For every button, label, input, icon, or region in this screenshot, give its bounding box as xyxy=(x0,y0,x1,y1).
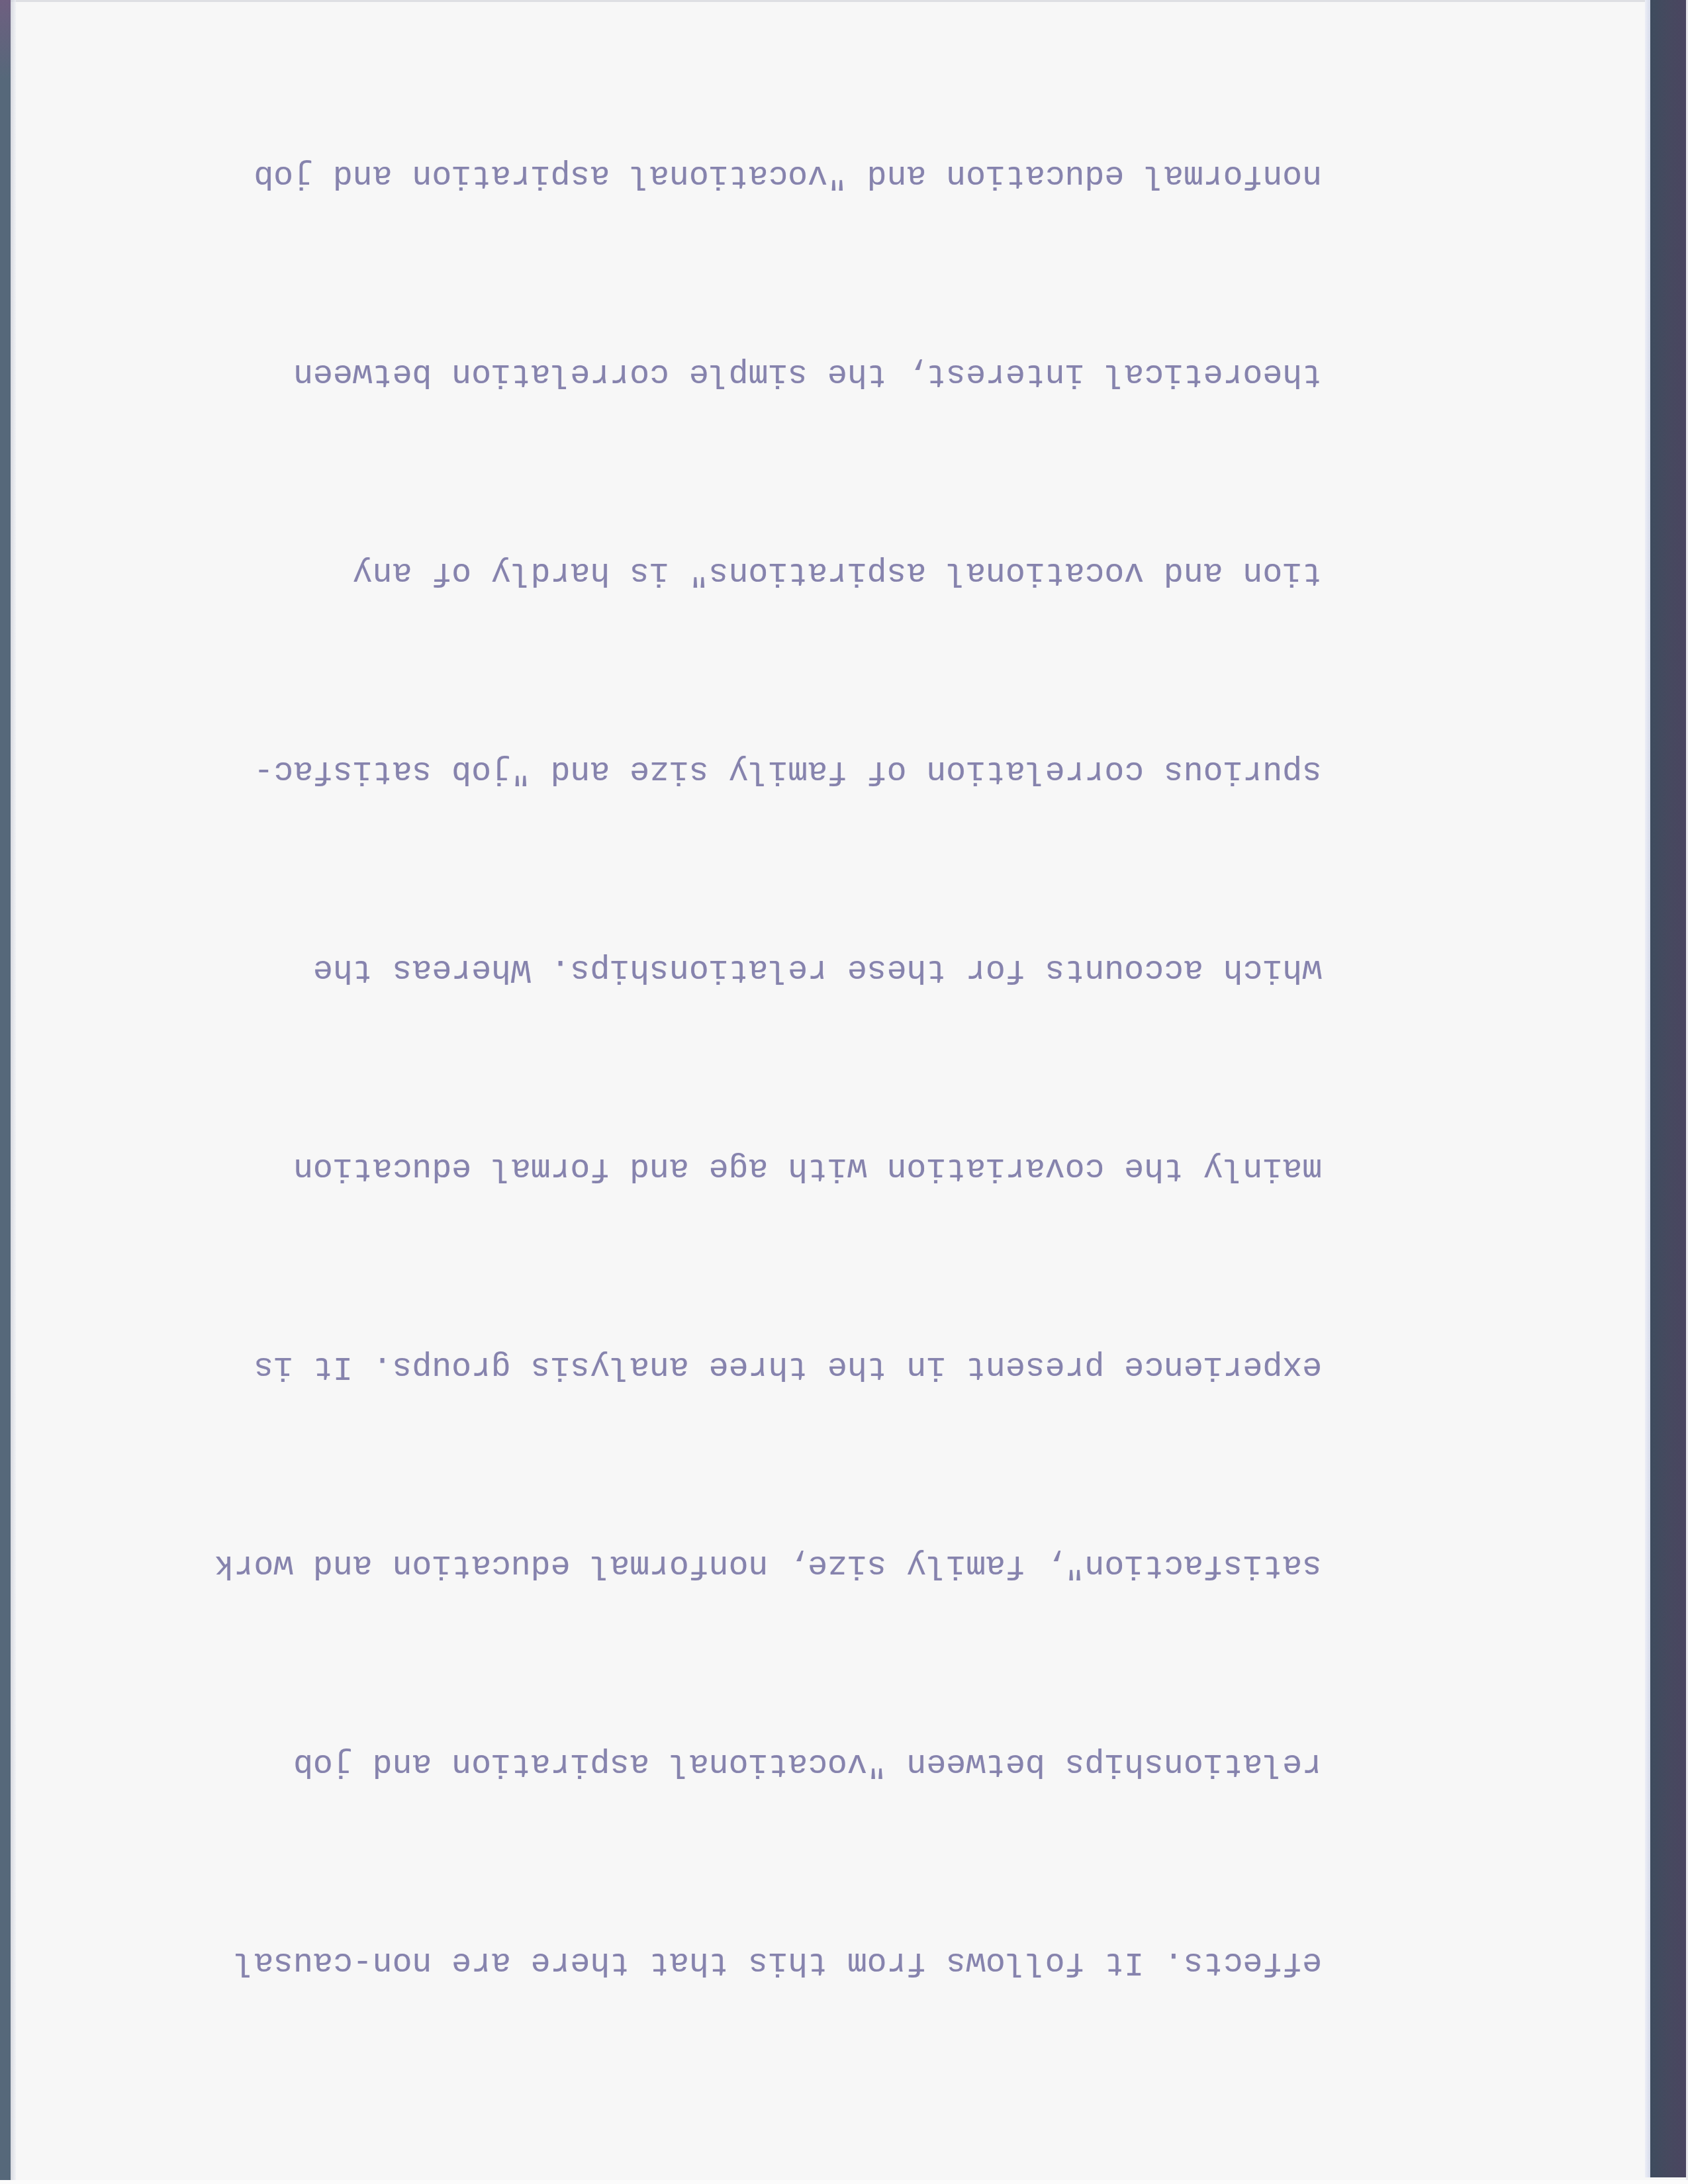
scanner-border-right-shadow xyxy=(1645,0,1650,2177)
body-text: effects. It follows from this that there… xyxy=(197,0,1322,2128)
text-line: spurious correlation of family size and … xyxy=(197,738,1322,804)
text-line: experience present in the three analysis… xyxy=(197,1334,1322,1400)
scanned-page: effects. It follows from this that there… xyxy=(0,0,1688,2184)
scanner-border-right xyxy=(1650,0,1686,2177)
text-line: satisfaction", family size, nonformal ed… xyxy=(197,1532,1322,1598)
text-line: which accounts for these relationships. … xyxy=(197,936,1322,1003)
text-line: nonformal education and "vocational aspi… xyxy=(197,142,1322,208)
text-line: mainly the covariation with age and form… xyxy=(197,1135,1322,1201)
text-line: relationships between "vocational aspira… xyxy=(197,1731,1322,1797)
text-line: theoretical interest, the simple correla… xyxy=(197,341,1322,407)
text-line: tion and vocational aspirations" is hard… xyxy=(197,539,1322,606)
text-line: satisfaction", which ranges from +0.18 t… xyxy=(197,0,1322,10)
scan-bottom-edge xyxy=(0,2180,1688,2184)
text-line: effects. It follows from this that there… xyxy=(197,1929,1322,1995)
